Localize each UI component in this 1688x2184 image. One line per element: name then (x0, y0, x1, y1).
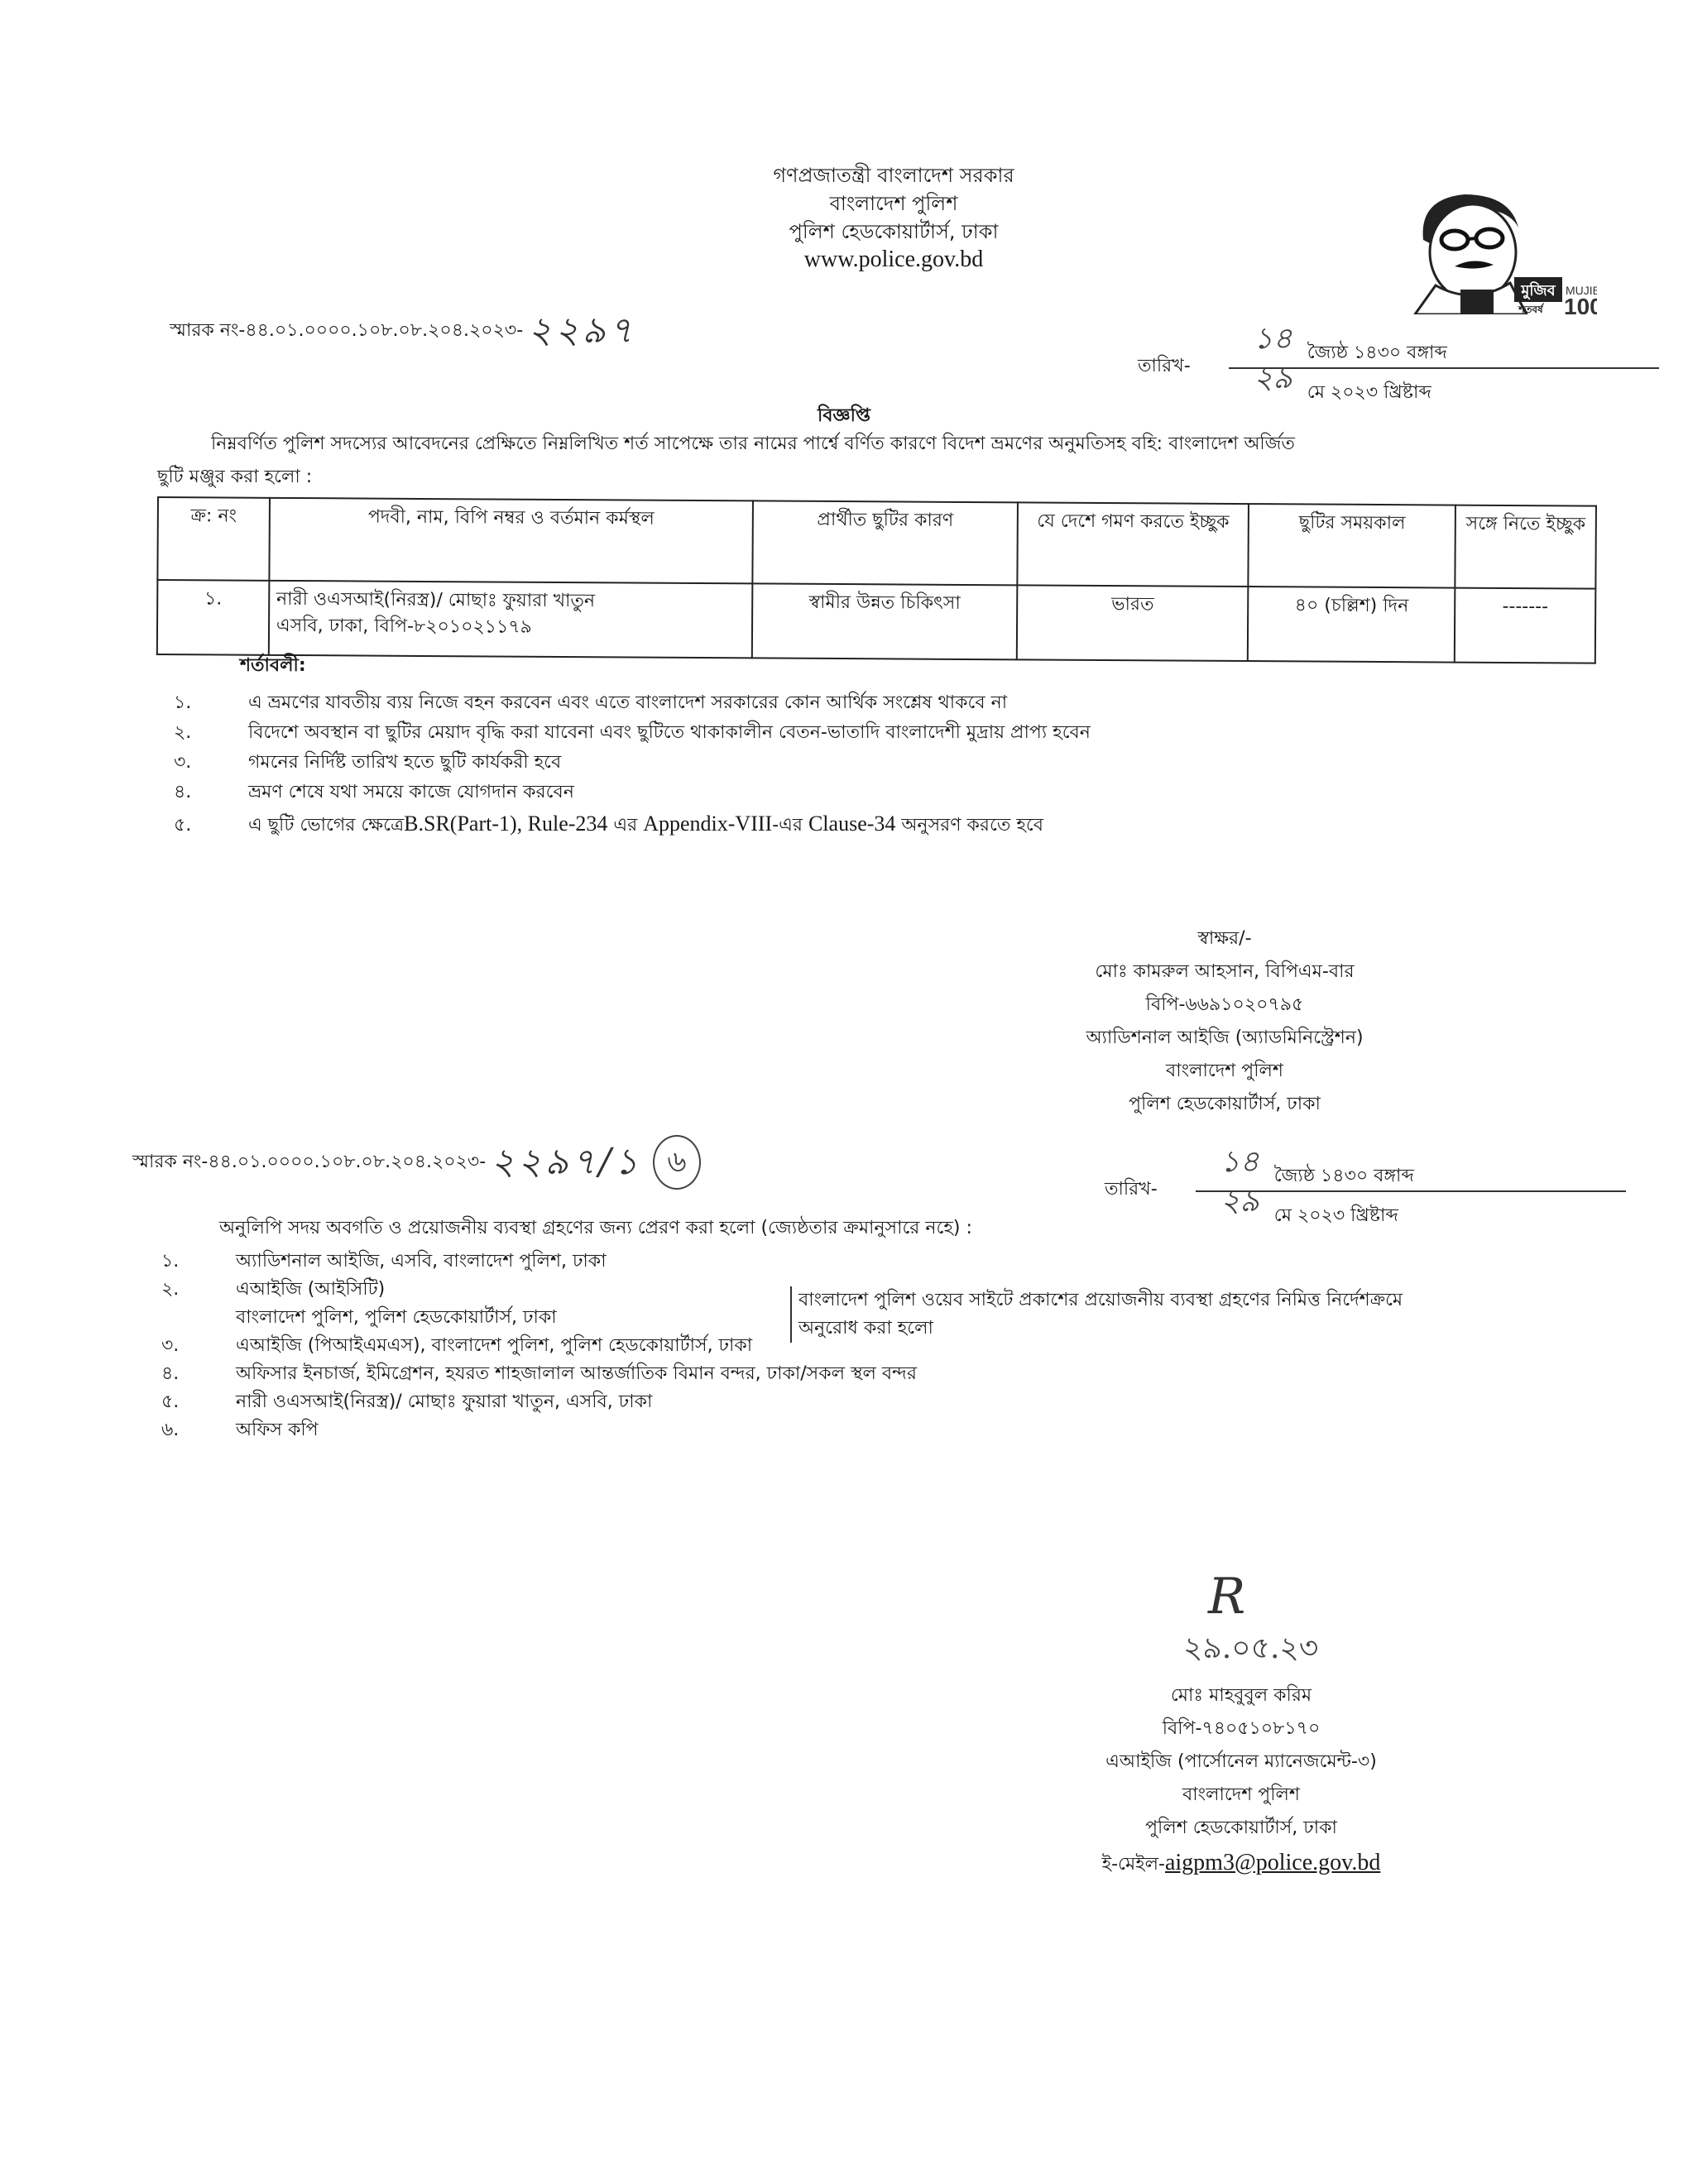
copy-item: ১. অ্যাডিশনাল আইজি, এসবি, বাংলাদেশ পুলিশ… (161, 1248, 917, 1276)
copy-num: ১. (161, 1248, 236, 1276)
condition-appendix-ref: Appendix-VIII (643, 812, 772, 836)
date-label: তারিখ- (1138, 354, 1229, 405)
copy-text: অফিসার ইনচার্জ, ইমিগ্রেশন, হযরত শাহজালাল… (236, 1360, 917, 1388)
govt-name: গণপ্রজাতন্ত্রী বাংলাদেশ সরকার (679, 161, 1109, 189)
copy-item: ৫. নারী ওএসআই(নিরস্ত্র)/ মোছাঃ ফুয়ারা খ… (161, 1388, 917, 1416)
leave-table: ক্র: নং পদবী, নাম, বিপি নম্বর ও বর্তমান … (156, 496, 1597, 664)
conditions-title: শর্তাবলী: (240, 654, 306, 678)
condition-item: ৩. গমনের নির্দিষ্ট তারিখ হতে ছুটি কার্যক… (174, 750, 1091, 775)
notice-intro-line2: ছুটি মঞ্জুর করা হলো : (157, 465, 312, 490)
condition-num: ১. (174, 691, 248, 716)
cell-companion: ------- (1455, 588, 1595, 663)
signatory-org: বাংলাদেশ পুলিশ (1026, 1779, 1456, 1812)
signed-mark: স্বাক্ষর/- (1034, 922, 1415, 955)
conditions-list: ১. এ ভ্রমণের যাবতীয় ব্যয় নিজে বহন করবে… (174, 691, 1091, 838)
cell-duration: ৪০ (চল্লিশ) দিন (1248, 587, 1455, 663)
copy-text: অ্যাডিশনাল আইজি, এসবি, বাংলাদেশ পুলিশ, ঢ… (236, 1248, 607, 1276)
copy-text: এআইজি (আইসিটি) (236, 1276, 385, 1304)
condition-num: ৩. (174, 750, 248, 775)
ict-note: বাংলাদেশ পুলিশ ওয়েব সাইটে প্রকাশের প্রয… (790, 1286, 1403, 1343)
cell-country: ভারত (1017, 585, 1249, 661)
cell-reason: স্বামীর উন্নত চিকিৎসা (752, 583, 1017, 659)
col-header-sl: ক্র: নং (157, 497, 269, 581)
date-label: তারিখ- (1105, 1177, 1196, 1228)
col-header-companion: সঙ্গে নিতে ইচ্ছুক (1455, 505, 1595, 589)
memo2-reference: স্মারক নং-৪৪.০১.০০০০.১০৮.০৮.২০৪.২০২৩- ২২… (132, 1135, 701, 1190)
condition-item: ৫. এ ছুটি ভোগের ক্ষেত্রে B.SR(Part-1), R… (174, 812, 1091, 838)
memo-date: তারিখ- ১৪ জ্যৈষ্ঠ ১৪৩০ বঙ্গাব্দ ২৯ মে ২০… (1138, 331, 1659, 405)
website: www.police.gov.bd (679, 246, 1109, 274)
ict-note-line1: বাংলাদেশ পুলিশ ওয়েব সাইটে প্রকাশের প্রয… (798, 1286, 1403, 1315)
col-header-name: পদবী, নাম, বিপি নম্বর ও বর্তমান কর্মস্থল (269, 498, 753, 584)
date-en-day: ২৯ (1220, 1179, 1259, 1228)
copy-item: ৪. অফিসার ইনচার্জ, ইমিগ্রেশন, হযরত শাহজা… (161, 1360, 917, 1388)
copy-text: অফিস কপি (236, 1416, 319, 1444)
condition-num: ৫. (174, 813, 248, 838)
table-row: ১. নারী ওএসআই(নিরস্ত্র)/ মোছাঃ ফুয়ারা খ… (157, 580, 1596, 663)
condition-item: ১. এ ভ্রমণের যাবতীয় ব্যয় নিজে বহন করবে… (174, 691, 1091, 716)
mujib-100-logo: মুজিব শতবর্ষ MUJIB 100 (1357, 174, 1597, 314)
date-en-rest: মে ২০২৩ খ্রিষ্টাব্দ (1274, 1204, 1398, 1228)
signatory-office: পুলিশ হেডকোয়ার্টার্স, ঢাকা (1026, 1812, 1456, 1845)
copy-text: এআইজি (পিআইএমএস), বাংলাদেশ পুলিশ, পুলিশ … (236, 1332, 752, 1360)
office-name: পুলিশ হেডকোয়ার্টার্স, ঢাকা (679, 218, 1109, 246)
copy-list: ১. অ্যাডিশনাল আইজি, এসবি, বাংলাদেশ পুলিশ… (161, 1248, 917, 1444)
notice-title: বিজ্ঞপ্তি (761, 404, 927, 429)
copy-num: ৩. (161, 1332, 236, 1360)
copy-text-cont: বাংলাদেশ পুলিশ, পুলিশ হেডকোয়ার্টার্স, ঢ… (236, 1304, 557, 1332)
condition-text-b: এর (607, 813, 643, 838)
cell-name: নারী ওএসআই(নিরস্ত্র)/ মোছাঃ ফুয়ারা খাতু… (269, 581, 753, 659)
svg-text:শতবর্ষ: শতবর্ষ (1518, 303, 1545, 314)
signatory-designation: অ্যাডিশনাল আইজি (অ্যাডমিনিস্ট্রেশন) (1034, 1022, 1415, 1055)
signed-date: ২৯.০৫.২৩ (1183, 1626, 1318, 1675)
memo2-ref-handwritten: ২২৯৭/১ (491, 1150, 641, 1175)
signatory-bp: বিপি-৬৬৯১০২০৭৯৫ (1034, 989, 1415, 1022)
signatory-block-1: স্বাক্ষর/- মোঃ কামরুল আহসান, বিপিএম-বার … (1034, 922, 1415, 1121)
copy-text: নারী ওএসআই(নিরস্ত্র)/ মোছাঃ ফুয়ারা খাতু… (236, 1388, 652, 1416)
condition-text: গমনের নির্দিষ্ট তারিখ হতে ছুটি কার্যকরী … (248, 750, 561, 775)
memo2-date: তারিখ- ১৪ জ্যৈষ্ঠ ১৪৩০ বঙ্গাব্দ ২৯ মে ২০… (1105, 1154, 1626, 1228)
handwritten-signature: R (1208, 1568, 1249, 1626)
condition-text: ভ্রমণ শেষে যথা সময়ে কাজে যোগদান করবেন (248, 780, 574, 805)
memo2-ref-circled: ৬ (653, 1135, 701, 1190)
condition-num: ২. (174, 721, 248, 745)
svg-text:100: 100 (1564, 294, 1597, 314)
date-divider (1196, 1190, 1626, 1192)
condition-item: ৪. ভ্রমণ শেষে যথা সময়ে কাজে যোগদান করবে… (174, 780, 1091, 805)
copy-intro: অনুলিপি সদয় অবগতি ও প্রয়োজনীয় ব্যবস্থ… (219, 1216, 972, 1241)
memo-reference: স্মারক নং-৪৪.০১.০০০০.১০৮.০৮.২০৪.২০২৩- ২২… (170, 318, 636, 343)
table-header-row: ক্র: নং পদবী, নাম, বিপি নম্বর ও বর্তমান … (157, 497, 1596, 589)
signatory-email-row: ই-মেইল-aigpm3@police.gov.bd (1026, 1845, 1456, 1883)
ict-note-line2: অনুরোধ করা হলো (798, 1315, 1403, 1343)
signatory-org: বাংলাদেশ পুলিশ (1034, 1055, 1415, 1088)
signature-mark: R (1208, 1568, 1249, 1626)
signatory-block-2: মোঃ মাহবুবুল করিম বিপি-৭৪০৫১০৮১৭০ এআইজি … (1026, 1679, 1456, 1883)
signatory-bp: বিপি-৭৪০৫১০৮১৭০ (1026, 1712, 1456, 1746)
condition-clause-ref: Clause-34 (808, 812, 895, 836)
col-header-duration: ছুটির সময়কাল (1249, 504, 1455, 588)
cell-name-line1: নারী ওএসআই(নিরস্ত্র)/ মোছাঃ ফুয়ারা খাতু… (276, 587, 746, 615)
condition-text-a: এ ছুটি ভোগের ক্ষেত্রে (248, 813, 404, 838)
copy-num: ৫. (161, 1388, 236, 1416)
copy-item: ৬. অফিস কপি (161, 1416, 917, 1444)
condition-item: ২. বিদেশে অবস্থান বা ছুটির মেয়াদ বৃদ্ধি… (174, 721, 1091, 745)
date-en-day: ২৯ (1254, 356, 1292, 405)
email-label: ই-মেইল- (1102, 1854, 1165, 1875)
signatory-name: মোঃ মাহবুবুল করিম (1026, 1679, 1456, 1712)
date-en-rest: মে ২০২৩ খ্রিষ্টাব্দ (1307, 381, 1431, 405)
memo-ref-handwritten: ২২৯৭ (528, 318, 635, 343)
copy-num: ২. (161, 1276, 236, 1304)
condition-text-d: অনুসরণ করতে হবে (895, 813, 1043, 838)
copy-num: ৪. (161, 1360, 236, 1388)
date-divider (1229, 367, 1659, 369)
memo2-ref-prefix: স্মারক নং-৪৪.০১.০০০০.১০৮.০৮.২০৪.২০২৩- (132, 1150, 486, 1175)
date-block: ১৪ জ্যৈষ্ঠ ১৪৩০ বঙ্গাব্দ ২৯ মে ২০২৩ খ্রি… (1229, 331, 1659, 405)
cell-sl: ১. (157, 580, 269, 655)
memo-ref-prefix: স্মারক নং-৪৪.০১.০০০০.১০৮.০৮.২০৪.২০২৩- (170, 318, 523, 343)
col-header-reason: প্রার্থীত ছুটির কারণ (753, 500, 1018, 585)
copy-num: ৬. (161, 1416, 236, 1444)
date-bn-rest: জ্যৈষ্ঠ ১৪৩০ বঙ্গাব্দ (1274, 1164, 1414, 1189)
condition-num: ৪. (174, 780, 248, 805)
svg-text:মুজিব: মুজিব (1520, 281, 1556, 299)
email-link[interactable]: aigpm3@police.gov.bd (1165, 1850, 1380, 1875)
condition-rule-ref: B.SR(Part-1), Rule-234 (404, 812, 607, 836)
date-block: ১৪ জ্যৈষ্ঠ ১৪৩০ বঙ্গাব্দ ২৯ মে ২০২৩ খ্রি… (1196, 1154, 1626, 1228)
condition-text: এ ভ্রমণের যাবতীয় ব্যয় নিজে বহন করবেন এ… (248, 691, 1007, 716)
cell-name-line2: এসবি, ঢাকা, বিপি-৮২০১০২১১৭৯ (276, 613, 746, 642)
org-name: বাংলাদেশ পুলিশ (679, 189, 1109, 218)
signatory-designation: এআইজি (পার্সোনেল ম্যানেজমেন্ট-৩) (1026, 1746, 1456, 1779)
mujib-portrait-icon: মুজিব শতবর্ষ MUJIB 100 (1357, 174, 1597, 314)
signatory-office: পুলিশ হেডকোয়ার্টার্স, ঢাকা (1034, 1088, 1415, 1121)
condition-text-c: -এর (772, 813, 808, 838)
notice-intro-line1: নিম্নবর্ণিত পুলিশ সদস্যের আবেদনের প্রেক্… (211, 432, 1295, 457)
date-bn-rest: জ্যৈষ্ঠ ১৪৩০ বঙ্গাব্দ (1307, 341, 1447, 366)
condition-text: বিদেশে অবস্থান বা ছুটির মেয়াদ বৃদ্ধি কর… (248, 721, 1091, 745)
col-header-country: যে দেশে গমণ করতে ইচ্ছুক (1017, 502, 1249, 587)
signatory-name: মোঃ কামরুল আহসান, বিপিএম-বার (1034, 955, 1415, 989)
letterhead: গণপ্রজাতন্ত্রী বাংলাদেশ সরকার বাংলাদেশ প… (679, 161, 1109, 274)
